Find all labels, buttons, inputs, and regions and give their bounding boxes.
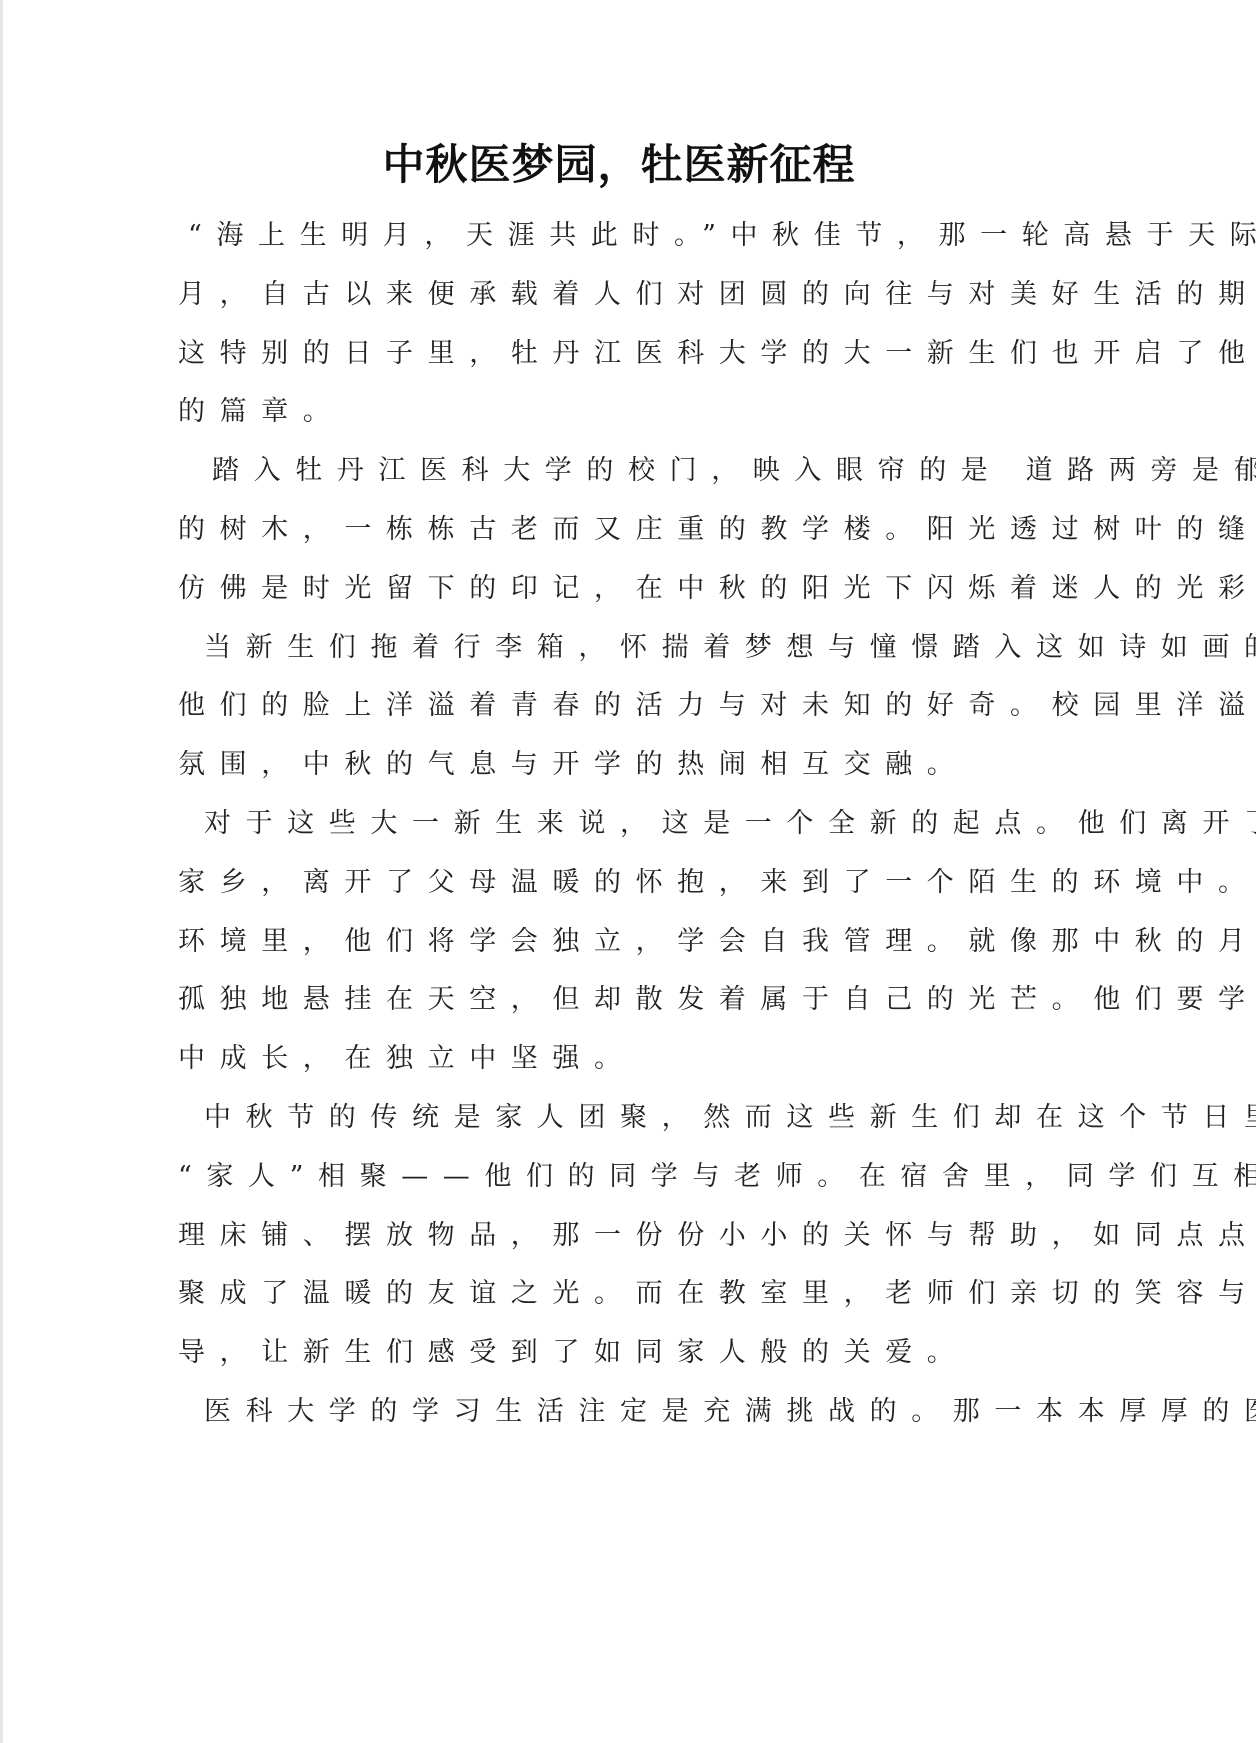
text-line: 医科大学的学习生活注定是充满挑战的。那一本本厚厚的医学书籍， (178, 1383, 1060, 1442)
text-line: “海上生明月，天涯共此时。”中秋佳节，那一轮高悬于天际的满 (178, 207, 1060, 266)
text-line: 环境里，他们将学会独立，学会自我管理。就像那中秋的月亮，虽然 (178, 913, 1060, 972)
paragraph-5: 中秋节的传统是家人团聚，然而这些新生们却在这个节日里与新的 “家人”相聚——他们… (178, 1089, 1060, 1383)
text-line: 的树木，一栋栋古老而又庄重的教学楼。阳光透过树叶的缝隙洒下， (178, 501, 1060, 560)
text-line: 孤独地悬挂在天空，但却散发着属于自己的光芒。他们要学会在孤独 (178, 971, 1060, 1030)
text-line: 的篇章。 (178, 383, 1060, 442)
text-line: 中秋节的传统是家人团聚，然而这些新生们却在这个节日里与新的 (178, 1089, 1060, 1148)
text-line: 导，让新生们感受到了如同家人般的关爱。 (178, 1324, 1060, 1383)
paragraph-2: 踏入牡丹江医科大学的校门，映入眼帘的是 道路两旁是郁郁葱葱 的树木，一栋栋古老而… (178, 442, 1060, 618)
text-line: 当新生们拖着行李箱，怀揣着梦想与憧憬踏入这如诗如画的校园时， (178, 619, 1060, 678)
paragraph-6: 医科大学的学习生活注定是充满挑战的。那一本本厚厚的医学书籍， (178, 1383, 1060, 1442)
text-line: “家人”相聚——他们的同学与老师。在宿舍里，同学们互相帮忙整 (178, 1148, 1060, 1207)
text-line: 踏入牡丹江医科大学的校门，映入眼帘的是 道路两旁是郁郁葱葱 (178, 442, 1060, 501)
text-line: 理床铺、摆放物品，那一份份小小的关怀与帮助，如同点点星光，汇 (178, 1207, 1060, 1266)
text-line: 氛围，中秋的气息与开学的热闹相互交融。 (178, 736, 1060, 795)
article-body: “海上生明月，天涯共此时。”中秋佳节，那一轮高悬于天际的满 月，自古以来便承载着… (178, 207, 1060, 1442)
text-line: 这特别的日子里，牡丹江医科大学的大一新生们也开启了他们人生新 (178, 325, 1060, 384)
article-title: 中秋医梦园，牡医新征程 (178, 137, 1060, 193)
text-line: 仿佛是时光留下的印记，在中秋的阳光下闪烁着迷人的光彩。 (178, 560, 1060, 619)
text-line: 家乡，离开了父母温暖的怀抱，来到了一个陌生的环境中。在这个新 (178, 854, 1060, 913)
text-line: 聚成了温暖的友谊之光。而在教室里，老师们亲切的笑容与耐心的教 (178, 1265, 1060, 1324)
paragraph-1: “海上生明月，天涯共此时。”中秋佳节，那一轮高悬于天际的满 月，自古以来便承载着… (178, 207, 1060, 442)
paragraph-4: 对于这些大一新生来说，这是一个全新的起点。他们离开了熟悉的 家乡，离开了父母温暖… (178, 795, 1060, 1089)
text-line: 对于这些大一新生来说，这是一个全新的起点。他们离开了熟悉的 (178, 795, 1060, 854)
text-line: 中成长，在独立中坚强。 (178, 1030, 1060, 1089)
text-line: 月，自古以来便承载着人们对团圆的向往与对美好生活的期许。而在 (178, 266, 1060, 325)
page-left-edge (0, 0, 3, 1743)
text-line: 他们的脸上洋溢着青春的活力与对未知的好奇。校园里洋溢着喜庆的 (178, 677, 1060, 736)
paragraph-3: 当新生们拖着行李箱，怀揣着梦想与憧憬踏入这如诗如画的校园时， 他们的脸上洋溢着青… (178, 619, 1060, 795)
